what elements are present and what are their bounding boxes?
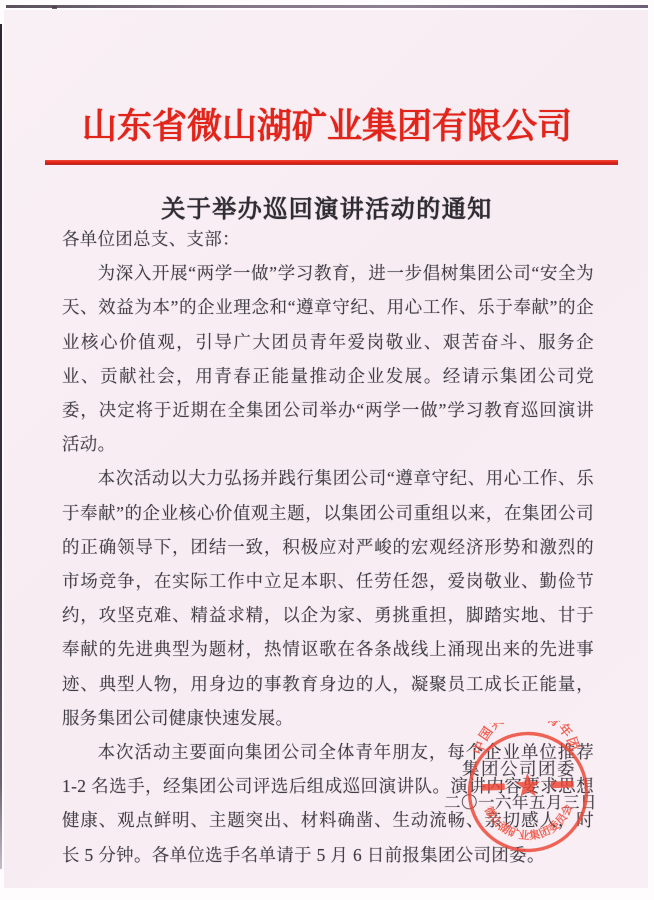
company-letterhead: 山东省微山湖矿业集团有限公司 [0,99,654,149]
scanned-page: 山东省微山湖矿业集团有限公司 关于举办巡回演讲活动的通知 各单位团总支、支部： … [0,0,654,900]
seal-top-text: 中国共产主义青年团 [469,720,583,757]
seal-left-bar [482,783,505,790]
body-paragraph: 为深入开展“两学一做”学习教育，进一步倡树集团公司“安全为天、效益为本”的企业理… [62,256,594,461]
scan-edge-left [0,24,2,869]
salutation: 各单位团总支、支部： [62,222,594,256]
seal-right-bar [551,781,574,788]
official-seal: 中国共产主义青年团 微山湖矿业集团委员会 [456,720,601,865]
document-title: 关于举办巡回演讲活动的通知 [0,189,654,224]
scan-edge-top [6,5,648,8]
letterhead-divider-rule [45,160,618,165]
seal-top-text-path: 中国共产主义青年团 [469,720,583,757]
scan-speck [52,6,57,9]
seal-star-icon [515,773,541,797]
body-paragraph: 本次活动以大力弘扬并践行集团公司“遵章守纪、用心工作、乐于奉献”的企业核心价值观… [62,461,594,735]
